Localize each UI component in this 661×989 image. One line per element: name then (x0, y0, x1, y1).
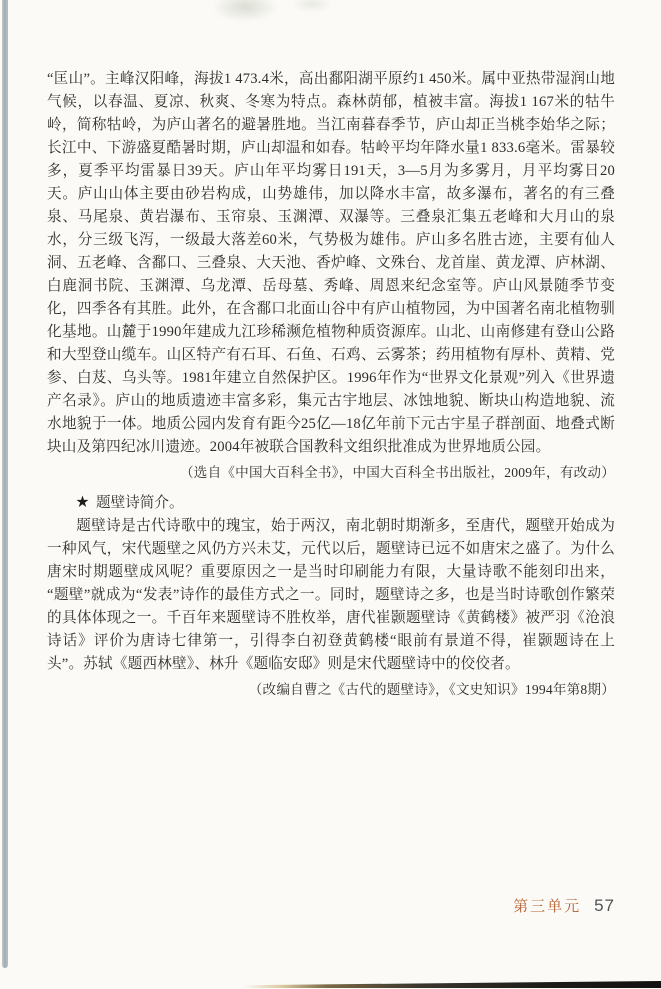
article-paragraph: “匡山”。主峰汉阳峰，海拔1 473.4米，高出鄱阳湖平原约1 450米。属中亚… (47, 68, 615, 459)
star-icon: ★ (76, 490, 89, 513)
scan-smudge (292, 0, 332, 12)
article-attribution: （选自《中国大百科全书》，中国大百科全书出版社，2009年，有改动） (47, 461, 615, 484)
section-heading-text: 题壁诗简介。 (96, 495, 184, 511)
section-attribution: （改编自曹之《古代的题壁诗》，《文史知识》1994年第8期） (47, 678, 615, 701)
page-content: “匡山”。主峰汉阳峰，海拔1 473.4米，高出鄱阳湖平原约1 450米。属中亚… (47, 68, 615, 701)
section-paragraph: 题壁诗是古代诗歌中的瑰宝，始于两汉，南北朝时期渐多，至唐代，题壁开始成为一种风气… (47, 515, 615, 676)
scan-smudge (212, 0, 278, 22)
page-footer: 第三单元 57 (513, 895, 615, 916)
section-heading: ★题壁诗简介。 (47, 491, 615, 515)
footer-page-number: 57 (594, 896, 615, 916)
footer-unit-label: 第三单元 (513, 895, 581, 916)
scan-edge-bottom (243, 981, 661, 988)
scan-edge-left (2, 0, 8, 968)
scanned-textbook-page: “匡山”。主峰汉阳峰，海拔1 473.4米，高出鄱阳湖平原约1 450米。属中亚… (0, 0, 661, 989)
